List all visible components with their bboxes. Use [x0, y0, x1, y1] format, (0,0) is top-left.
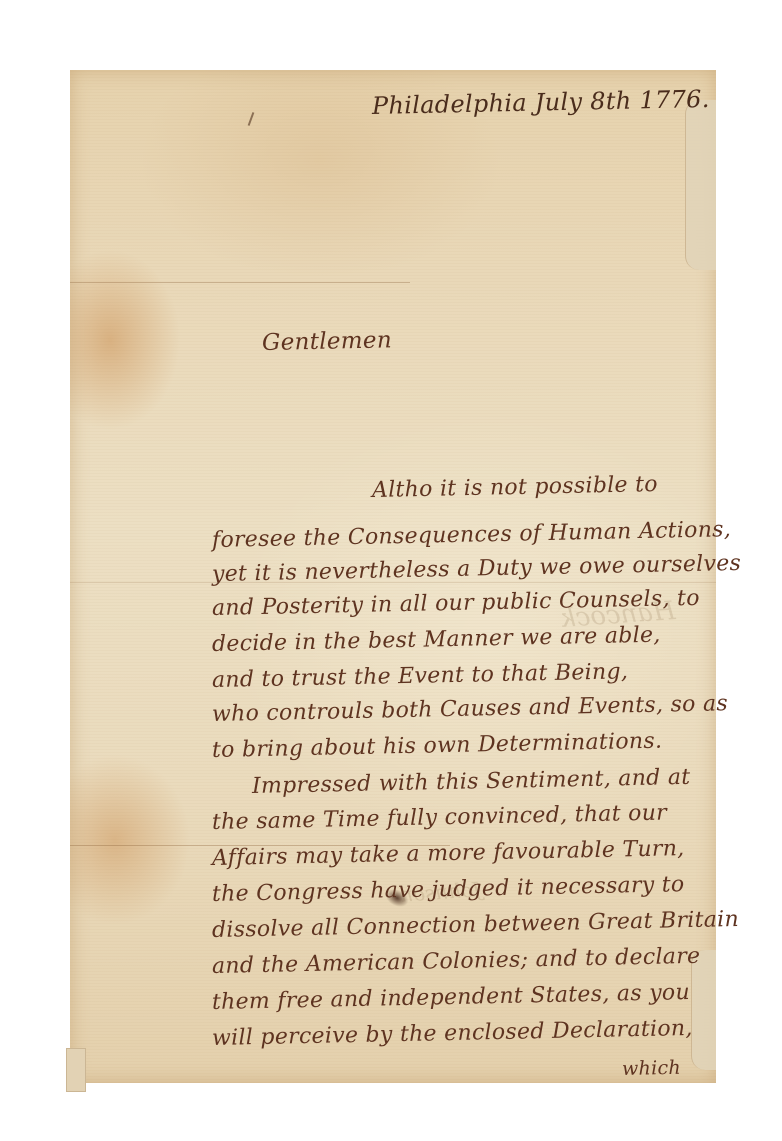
catchword: which: [622, 1057, 681, 1080]
torn-edge-top-right: [685, 100, 716, 270]
fold-crease-upper: [70, 282, 410, 283]
mounting-tab: [66, 1048, 86, 1092]
salutation: Gentlemen: [262, 327, 392, 356]
